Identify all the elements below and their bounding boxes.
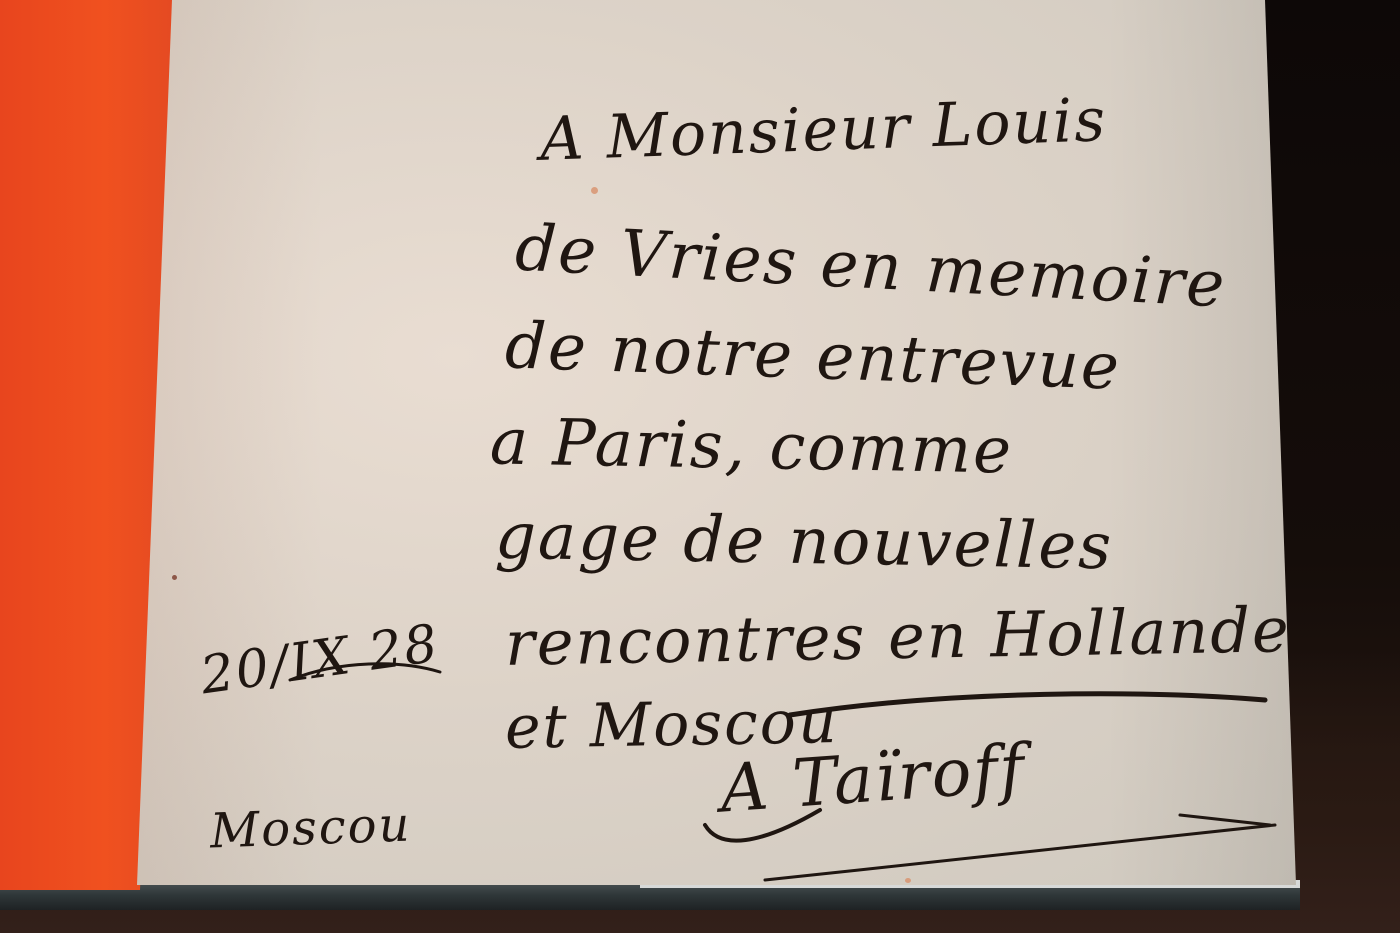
foxing-spot bbox=[905, 878, 911, 883]
ink-spot bbox=[172, 575, 177, 580]
inscription-line-6: rencontres en Hollande bbox=[504, 593, 1291, 680]
photo-scene: A Monsieur Louis de Vries en memoire de … bbox=[0, 0, 1400, 933]
foxing-spot bbox=[591, 187, 598, 194]
inscription-line-4: a Paris, comme bbox=[489, 405, 1013, 488]
inscription-place: Moscou bbox=[209, 797, 412, 860]
inscription-line-5: gage de nouvelles bbox=[494, 500, 1113, 585]
